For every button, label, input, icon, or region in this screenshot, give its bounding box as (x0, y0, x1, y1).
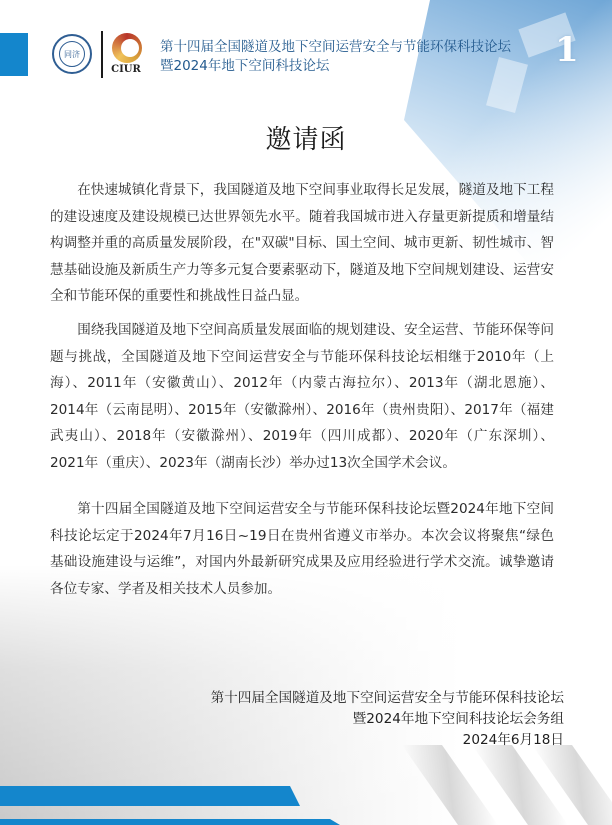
university-seal-logo: 同济 (52, 34, 92, 74)
paragraph-invitation: 第十四届全国隧道及地下空间运营安全与节能环保科技论坛暨2024年地下空间科技论坛… (50, 496, 554, 602)
ciur-logo: CIUR (108, 33, 144, 79)
paragraph-text: 在快速城镇化背景下，我国隧道及地下空间事业取得长足发展，隧道及地下工程的建设速度… (50, 177, 554, 310)
signature-organizer-line1: 第十四届全国隧道及地下空间运营安全与节能环保科技论坛 (211, 688, 564, 709)
conference-title: 第十四届全国隧道及地下空间运营安全与节能环保科技论坛 暨2024年地下空间科技论… (160, 38, 511, 76)
footer-blue-stripe-bottom (0, 819, 340, 825)
signature-date: 2024年6月18日 (211, 730, 564, 751)
logo-divider (101, 31, 103, 78)
paragraph-text: 围绕我国隧道及地下空间高质量发展面临的规划建设、安全运营、节能环保等问题与挑战，… (50, 317, 554, 476)
accent-block (0, 33, 28, 76)
paragraph-text: 第十四届全国隧道及地下空间运营安全与节能环保科技论坛暨2024年地下空间科技论坛… (50, 496, 554, 602)
signature-organizer-line2: 暨2024年地下空间科技论坛会务组 (211, 709, 564, 730)
signature-block: 第十四届全国隧道及地下空间运营安全与节能环保科技论坛 暨2024年地下空间科技论… (211, 688, 564, 751)
page-number: 1 (555, 30, 579, 70)
paragraph-history: 围绕我国隧道及地下空间高质量发展面临的规划建设、安全运营、节能环保等问题与挑战，… (50, 317, 554, 476)
footer-blue-stripe (0, 786, 300, 806)
conference-title-line1: 第十四届全国隧道及地下空间运营安全与节能环保科技论坛 (160, 38, 511, 57)
paragraph-background: 在快速城镇化背景下，我国隧道及地下空间事业取得长足发展，隧道及地下工程的建设速度… (50, 177, 554, 310)
ciur-logo-text: CIUR (108, 64, 144, 75)
ciur-emblem-icon (112, 33, 142, 63)
document-title: 邀请函 (0, 119, 612, 156)
seal-icon: 同济 (59, 41, 85, 67)
conference-title-line2: 暨2024年地下空间科技论坛 (160, 57, 511, 76)
